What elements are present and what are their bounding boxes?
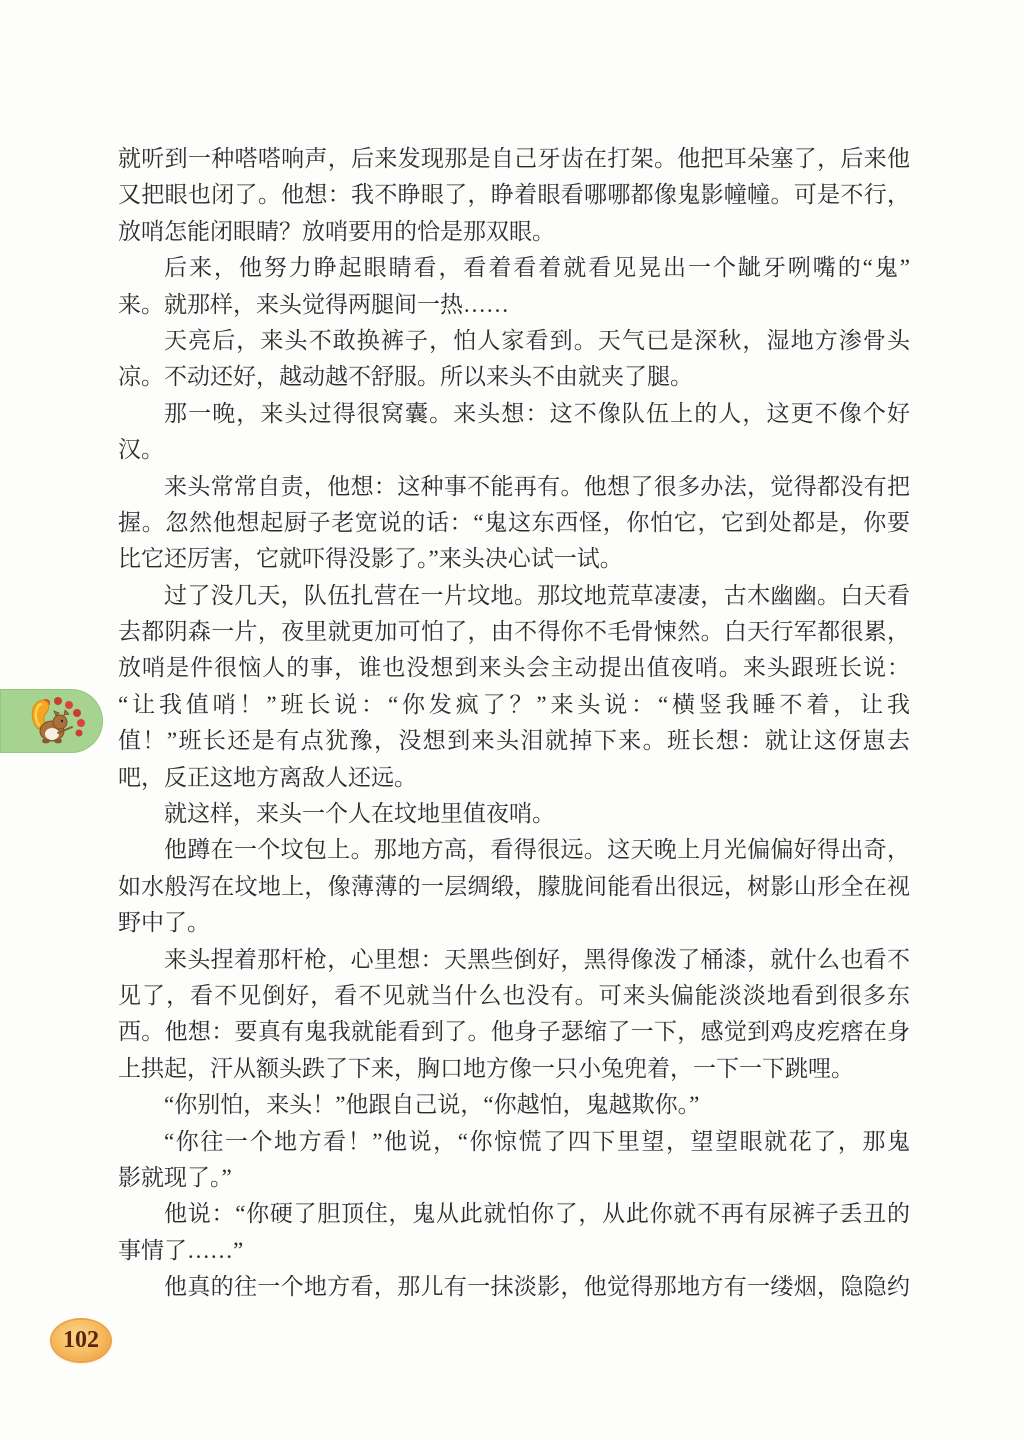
body-text: 就听到一种嗒嗒响声，后来发现那是自己牙齿在打架。他把耳朵塞了，后来他又把眼也闭了… — [118, 141, 910, 1306]
text-line: 后来，他努力睁起眼睛看，看着看着就看见晃出一个龇牙咧嘴的“鬼” — [118, 250, 910, 286]
text-line: 比它还厉害，它就吓得没影了。”来头决心试一试。 — [118, 541, 910, 577]
text-line: 影就现了。” — [118, 1160, 910, 1196]
text-line: 事情了……” — [118, 1233, 910, 1269]
text-line: 来头捏着那杆枪，心里想：天黑些倒好，黑得像泼了桶漆，就什么也看不 — [118, 942, 910, 978]
text-line: 见了，看不见倒好，看不见就当什么也没有。可来头偏能淡淡地看到很多东 — [118, 978, 910, 1014]
chapter-side-tab — [0, 689, 103, 753]
text-line: 来头常常自责，他想：这种事不能再有。他想了很多办法，觉得都没有把 — [118, 469, 910, 505]
text-line: 那一晚，来头过得很窝囊。来头想：这不像队伍上的人，这更不像个好 — [118, 396, 910, 432]
text-line: 天亮后，来头不敢换裤子，怕人家看到。天气已是深秋，湿地方渗骨头 — [118, 323, 910, 359]
text-line: 来。就那样，来头觉得两腿间一热…… — [118, 287, 910, 323]
textbook-page: 就听到一种嗒嗒响声，后来发现那是自己牙齿在打架。他把耳朵塞了，后来他又把眼也闭了… — [0, 0, 1024, 1439]
text-line: 过了没几天，队伍扎营在一片坟地。那坟地荒草凄凄，古木幽幽。白天看 — [118, 578, 910, 614]
text-line: 如水般泻在坟地上，像薄薄的一层绸缎，朦胧间能看出很远，树影山形全在视 — [118, 869, 910, 905]
text-line: 握。忽然他想起厨子老宽说的话：“鬼这东西怪，你怕它，它到处都是，你要 — [118, 505, 910, 541]
text-line: “你别怕，来头！”他跟自己说，“你越怕，鬼越欺你。” — [118, 1087, 910, 1123]
text-line: 西。他想：要真有鬼我就能看到了。他身子瑟缩了一下，感觉到鸡皮疙瘩在身 — [118, 1014, 910, 1050]
text-line: 他真的往一个地方看，那儿有一抹淡影，他觉得那地方有一缕烟，隐隐约 — [118, 1269, 910, 1305]
text-line: 野中了。 — [118, 905, 910, 941]
text-line: 他蹲在一个坟包上。那地方高，看得很远。这天晚上月光偏偏好得出奇， — [118, 832, 910, 868]
squirrel-mascot-icon — [8, 691, 96, 753]
text-line: 值！”班长还是有点犹豫，没想到来头泪就掉下来。班长想：就让这伢崽去 — [118, 723, 910, 759]
text-line: “让我值哨！”班长说：“你发疯了？”来头说：“横竖我睡不着，让我 — [118, 687, 910, 723]
text-line: 汉。 — [118, 432, 910, 468]
text-line: 吧，反正这地方离敌人还远。 — [118, 760, 910, 796]
text-line: 又把眼也闭了。他想：我不睁眼了，睁着眼看哪哪都像鬼影幢幢。可是不行， — [118, 177, 910, 213]
text-line: 就听到一种嗒嗒响声，后来发现那是自己牙齿在打架。他把耳朵塞了，后来他 — [118, 141, 910, 177]
text-line: 他说：“你硬了胆顶住，鬼从此就怕你了，从此你就不再有尿裤子丢丑的 — [118, 1196, 910, 1232]
text-line: 凉。不动还好，越动越不舒服。所以来头不由就夹了腿。 — [118, 359, 910, 395]
text-line: 去都阴森一片，夜里就更加可怕了，由不得你不毛骨悚然。白天行军都很累， — [118, 614, 910, 650]
text-line: 上拱起，汗从额头跌了下来，胸口地方像一只小兔兜着，一下一下跳哩。 — [118, 1051, 910, 1087]
text-line: 就这样，来头一个人在坟地里值夜哨。 — [118, 796, 910, 832]
text-line: 放哨是件很恼人的事，谁也没想到来头会主动提出值夜哨。来头跟班长说： — [118, 650, 910, 686]
page-number: 102 — [63, 1327, 99, 1354]
text-line: “你往一个地方看！”他说，“你惊慌了四下里望，望望眼就花了，那鬼 — [118, 1124, 910, 1160]
text-line: 放哨怎能闭眼睛？放哨要用的恰是那双眼。 — [118, 214, 910, 250]
page-number-badge: 102 — [52, 1320, 110, 1361]
